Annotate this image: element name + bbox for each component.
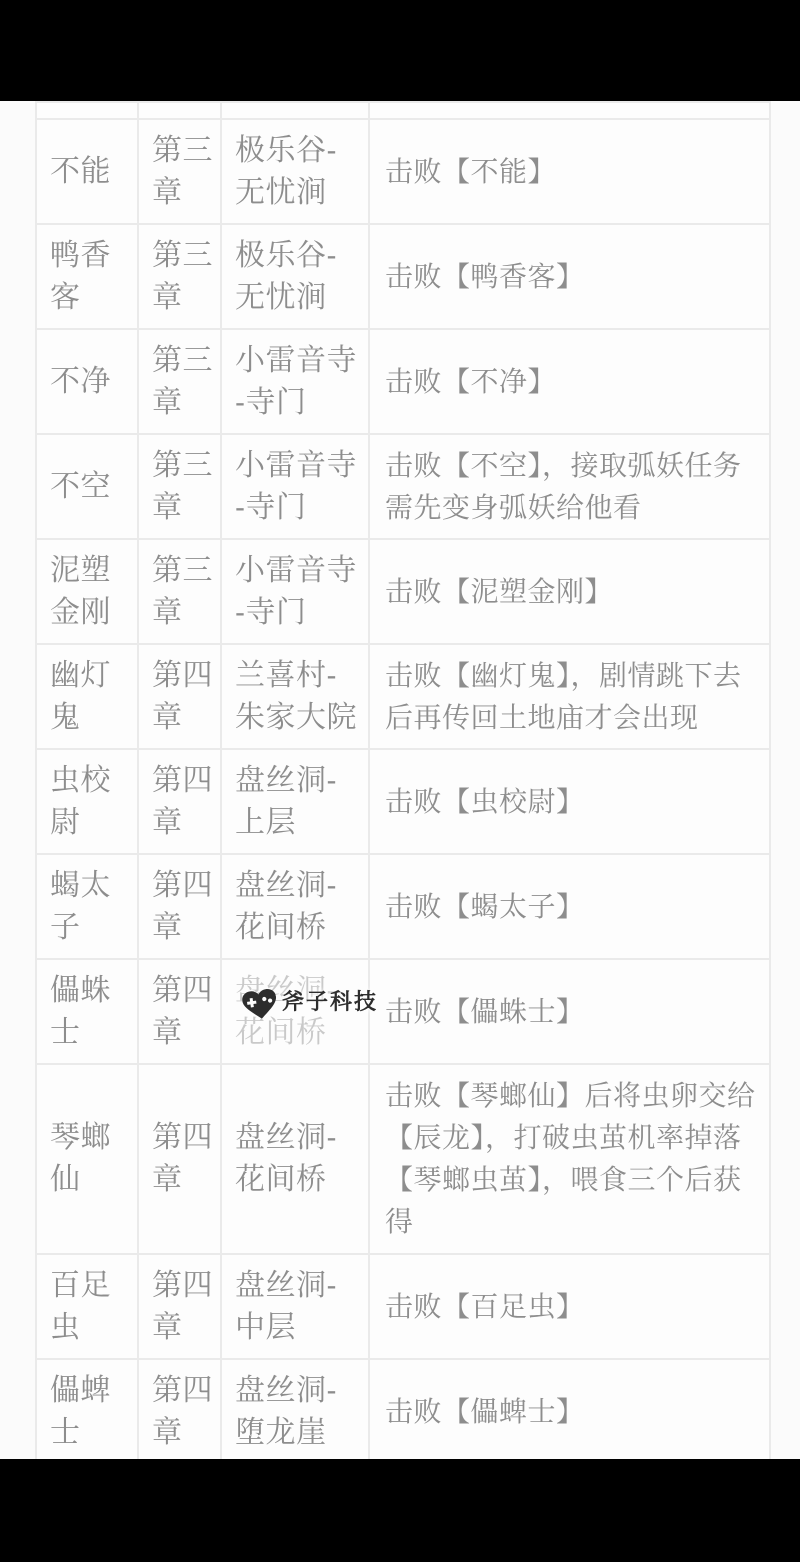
table-cell-method: 击败【幽灯鬼】，剧情跳下去 后再传回土地庙才会出现 (370, 645, 769, 748)
table-cell-chapter: 第三 章 (139, 225, 220, 328)
table-cell-chapter: 第三 章 (139, 540, 220, 643)
table-cell-chapter: 第三 章 (139, 330, 220, 433)
table-cell-location: 极乐谷- 无忧涧 (222, 225, 368, 328)
table-cell-chapter: 第四 章 (139, 1360, 220, 1463)
table-cell-name: 不空 (37, 435, 137, 538)
table-cell-method: 击败【琴螂仙】后将虫卵交给 【辰龙】，打破虫茧机率掉落 【琴螂虫茧】，喂食三个后… (370, 1065, 769, 1253)
table-cell-method: 击败【蝎太子】 (370, 855, 769, 958)
table-cell-location: 盘丝洞- 花间桥 (222, 960, 368, 1063)
partial-row-cell-method (370, 103, 769, 118)
table-cell-name: 蝎太 子 (37, 855, 137, 958)
table-cell-method: 击败【虫校尉】 (370, 750, 769, 853)
table-cell-location: 盘丝洞- 上层 (222, 750, 368, 853)
table-cell-location: 小雷音寺 -寺门 (222, 435, 368, 538)
table-cell-method: 击败【百足虫】 (370, 1255, 769, 1358)
top-letterbox-bar (0, 0, 800, 101)
table-cell-name: 泥塑 金刚 (37, 540, 137, 643)
table-cell-method: 击败【泥塑金刚】 (370, 540, 769, 643)
table-cell-method: 击败【儡蜱士】 (370, 1360, 769, 1463)
table-cell-name: 儡蜱 士 (37, 1360, 137, 1463)
table-cell-name: 百足 虫 (37, 1255, 137, 1358)
table-cell-method: 击败【不净】 (370, 330, 769, 433)
partial-row-cell-name (37, 103, 137, 118)
table-cell-name: 幽灯 鬼 (37, 645, 137, 748)
screenshot-root: 不能第三 章极乐谷- 无忧涧击败【不能】鸭香 客第三 章极乐谷- 无忧涧击败【鸭… (0, 0, 800, 1562)
partial-row-cell-chapter (139, 103, 220, 118)
table-cell-chapter: 第四 章 (139, 855, 220, 958)
table-cell-name: 儡蛛 士 (37, 960, 137, 1063)
boss-table: 不能第三 章极乐谷- 无忧涧击败【不能】鸭香 客第三 章极乐谷- 无忧涧击败【鸭… (35, 101, 771, 1465)
table-cell-method: 击败【儡蛛士】 (370, 960, 769, 1063)
table-cell-method: 击败【不空】，接取弧妖任务 需先变身弧妖给他看 (370, 435, 769, 538)
table-cell-location: 小雷音寺 -寺门 (222, 330, 368, 433)
table-cell-location: 盘丝洞- 花间桥 (222, 855, 368, 958)
table-cell-name: 不净 (37, 330, 137, 433)
table-cell-name: 虫校 尉 (37, 750, 137, 853)
table-cell-location: 盘丝洞- 中层 (222, 1255, 368, 1358)
table-cell-name: 不能 (37, 120, 137, 223)
table-cell-chapter: 第四 章 (139, 1065, 220, 1253)
table-cell-location: 极乐谷- 无忧涧 (222, 120, 368, 223)
table-cell-chapter: 第四 章 (139, 750, 220, 853)
table-cell-chapter: 第四 章 (139, 645, 220, 748)
table-cell-location: 盘丝洞- 堕龙崖 (222, 1360, 368, 1463)
bottom-letterbox-bar (0, 1459, 800, 1562)
table-cell-name: 琴螂 仙 (37, 1065, 137, 1253)
table-cell-location: 盘丝洞- 花间桥 (222, 1065, 368, 1253)
table-cell-name: 鸭香 客 (37, 225, 137, 328)
table-cell-method: 击败【不能】 (370, 120, 769, 223)
table-cell-location: 小雷音寺 -寺门 (222, 540, 368, 643)
table-cell-chapter: 第三 章 (139, 435, 220, 538)
table-cell-chapter: 第四 章 (139, 960, 220, 1063)
table-cell-location: 兰喜村- 朱家大院 (222, 645, 368, 748)
partial-row-cell-location (222, 103, 368, 118)
table-cell-chapter: 第三 章 (139, 120, 220, 223)
table-cell-chapter: 第四 章 (139, 1255, 220, 1358)
table-cell-method: 击败【鸭香客】 (370, 225, 769, 328)
